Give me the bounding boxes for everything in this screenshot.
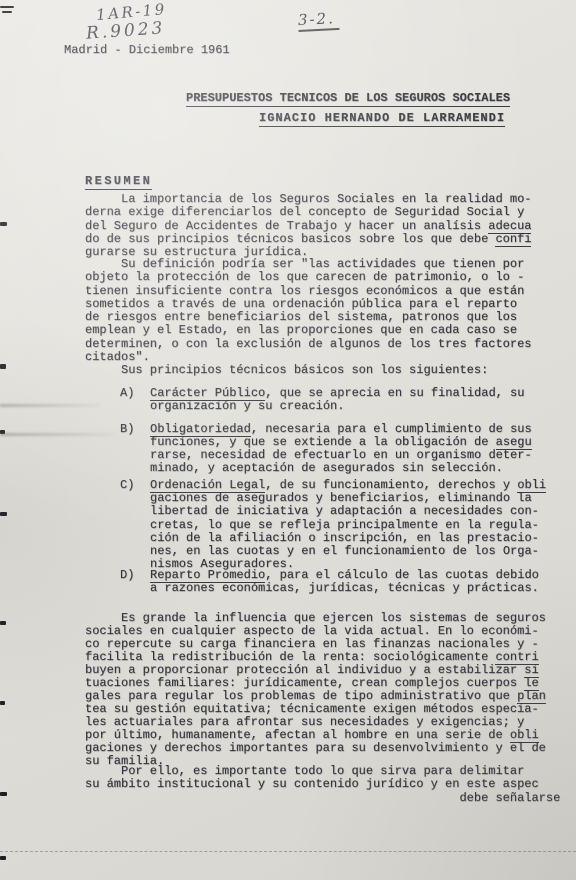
- list-item-c: C) Ordenación Legal, de su funcionamient…: [120, 479, 546, 571]
- scan-speck: [0, 430, 5, 434]
- handwritten-page-mark: 3-2.: [297, 9, 339, 32]
- scan-speck: [0, 701, 5, 705]
- paragraph-importance: La importancia de los Seguros Sociales e…: [85, 193, 531, 259]
- scan-speck: [0, 621, 6, 625]
- dateline: Madrid - Diciembre 1961: [64, 44, 230, 57]
- scan-speck: [0, 792, 7, 796]
- list-letter-b: B): [120, 423, 150, 475]
- scan-speck: [0, 512, 7, 516]
- list-item-b: B) Obligatoriedad, necesaria para el cum…: [120, 423, 532, 475]
- scan-speck: [0, 6, 14, 8]
- document-page: 1AR-19 R.9023 3-2. Madrid - Diciembre 19…: [0, 0, 576, 880]
- list-letter-c: C): [120, 479, 150, 571]
- paragraph-definition: Su definición podría ser "las actividade…: [85, 258, 531, 364]
- scan-speck: [0, 364, 6, 369]
- list-item-d: D) Reparto Promedio, para el cálculo de …: [120, 569, 539, 596]
- paragraph-closing: Por ello, es importante todo lo que sirv…: [85, 765, 560, 805]
- list-text-b: Obligatoriedad, necesaria para el cumpli…: [150, 423, 532, 475]
- list-text-c: Ordenación Legal, de su funcionamiento, …: [150, 479, 546, 571]
- list-text-d: Reparto Promedio, para el cálculo de las…: [150, 569, 539, 596]
- scan-speck: [2, 11, 12, 13]
- scan-speck: [0, 222, 7, 226]
- handwritten-ref-number: R.9023: [85, 18, 166, 43]
- list-letter-a: A): [120, 387, 150, 414]
- list-item-a: A) Carácter Público, que se aprecia en s…: [120, 387, 524, 414]
- scan-smudge: [0, 404, 100, 407]
- scan-smudge: [0, 433, 115, 436]
- paragraph-principles-lead: Sus principios técnicos básicos son los …: [85, 364, 488, 377]
- paragraph-influence: Es grande la influencia que ejercen los …: [85, 612, 546, 768]
- author-line: IGNACIO HERNANDO DE LARRAMENDI: [259, 112, 505, 127]
- document-title: PRESUPUESTOS TECNICOS DE LOS SEGUROS SOC…: [186, 92, 510, 107]
- section-heading-resumen: RESUMEN: [85, 175, 152, 190]
- scan-bottom-line: [0, 851, 576, 852]
- list-letter-d: D): [120, 569, 150, 596]
- scan-speck: [0, 856, 6, 860]
- list-text-a: Carácter Público, que se aprecia en su f…: [150, 387, 524, 414]
